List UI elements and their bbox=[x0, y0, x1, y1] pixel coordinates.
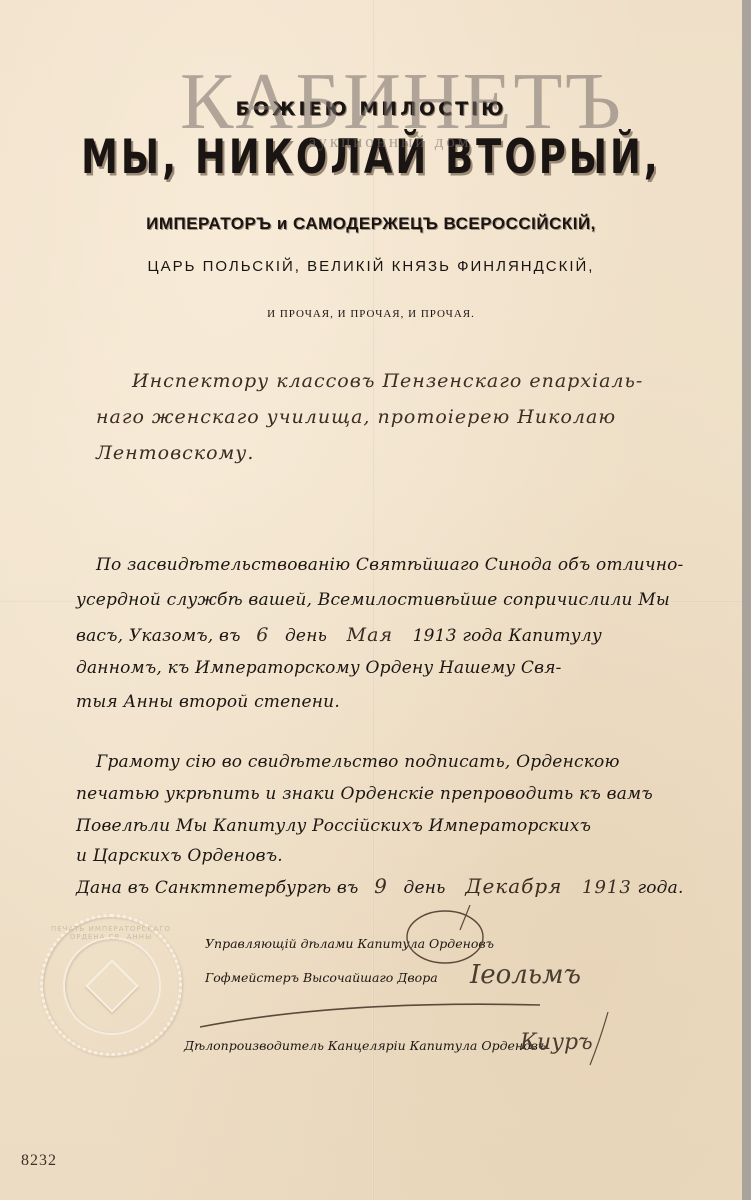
header-by-gods-grace: БОЖІЕЮ МИЛОСТІЮ bbox=[0, 98, 742, 120]
award-month: Мая bbox=[347, 624, 393, 646]
issue-year: 1913 bbox=[582, 877, 632, 898]
award-day: 6 bbox=[256, 624, 269, 646]
award-year: 1913 bbox=[413, 626, 457, 646]
body1-line-5: тыя Анны второй степени. bbox=[76, 692, 340, 712]
header-emperor-name: МЫ, НИКОЛАЙ ВТОРЫЙ, bbox=[0, 129, 742, 184]
embossed-order-seal: ПЕЧАТЬ ИМПЕРАТОРСКАГО ОРДЕНА СВ. АННЫ bbox=[40, 914, 182, 1056]
body2-line-4: и Царскихъ Орденовъ. bbox=[76, 846, 283, 866]
issue-date-line: Дана въ Санктпетербургѣ въ 9 день Декабр… bbox=[76, 874, 684, 898]
body1-line-2: усердной службѣ вашей, Всемилостивѣйше с… bbox=[76, 590, 670, 610]
issue-month: Декабря bbox=[465, 874, 562, 898]
body2-line-2: печатью укрѣпить и знаки Орденскіе препр… bbox=[76, 784, 653, 804]
issue-day-word: день bbox=[404, 878, 446, 898]
registry-number: 8232 bbox=[21, 1152, 57, 1170]
certificate-page: БОЖІЕЮ МИЛОСТІЮ МЫ, НИКОЛАЙ ВТОРЫЙ, ИМПЕ… bbox=[0, 0, 742, 1200]
body2-line-1: Грамоту сію во свидѣтельство подписать, … bbox=[96, 752, 620, 772]
signatory-1-title-line-1: Управляющій дѣлами Капитула Орденовъ bbox=[205, 936, 494, 951]
signatory-1-title-line-2: Гофмейстеръ Высочайшаго Двора bbox=[205, 970, 438, 985]
header-tsar-titles: ЦАРЬ ПОЛЬСКІЙ, ВЕЛИКІЙ КНЯЗЬ ФИНЛЯНДСКІЙ… bbox=[0, 258, 742, 275]
body1-line-4: данномъ, къ Императорскому Ордену Нашему… bbox=[76, 658, 562, 678]
header-etcetera: И ПРОЧАЯ, И ПРОЧАЯ, И ПРОЧАЯ. bbox=[0, 308, 742, 320]
signature-1: Іеольмъ bbox=[470, 960, 581, 990]
header-emperor-title: ИМПЕРАТОРЪ и САМОДЕРЖЕЦЪ ВСЕРОССІЙСКІЙ, bbox=[0, 214, 742, 234]
signature-2: Киуръ bbox=[520, 1030, 593, 1055]
body1-line-3-post: года Капитулу bbox=[462, 626, 602, 646]
addressee-line-2: наго женскаго училища, протоіерею Никола… bbox=[96, 406, 616, 428]
issue-day: 9 bbox=[374, 874, 388, 898]
addressee-line-1: Инспектору классовъ Пензенскаго епархіал… bbox=[132, 370, 643, 392]
body2-line-3: Повелѣли Мы Капитулу Россійскихъ Императ… bbox=[76, 816, 591, 836]
signatory-2-title: Дѣлопроизводитель Канцеляріи Капитула Ор… bbox=[184, 1038, 546, 1053]
issue-place: Дана въ Санктпетербургѣ въ bbox=[76, 878, 359, 898]
body1-day-word: день bbox=[285, 626, 327, 646]
body1-line-3: васъ, Указомъ, въ 6 день Мая 1913 года К… bbox=[76, 624, 602, 646]
issue-year-word: года. bbox=[637, 878, 683, 898]
body1-line-1: По засвидѣтельствованію Святѣйшаго Синод… bbox=[96, 555, 684, 575]
body1-line-3-pre: васъ, Указомъ, въ bbox=[76, 626, 241, 646]
addressee-line-3: Лентовскому. bbox=[96, 442, 254, 464]
